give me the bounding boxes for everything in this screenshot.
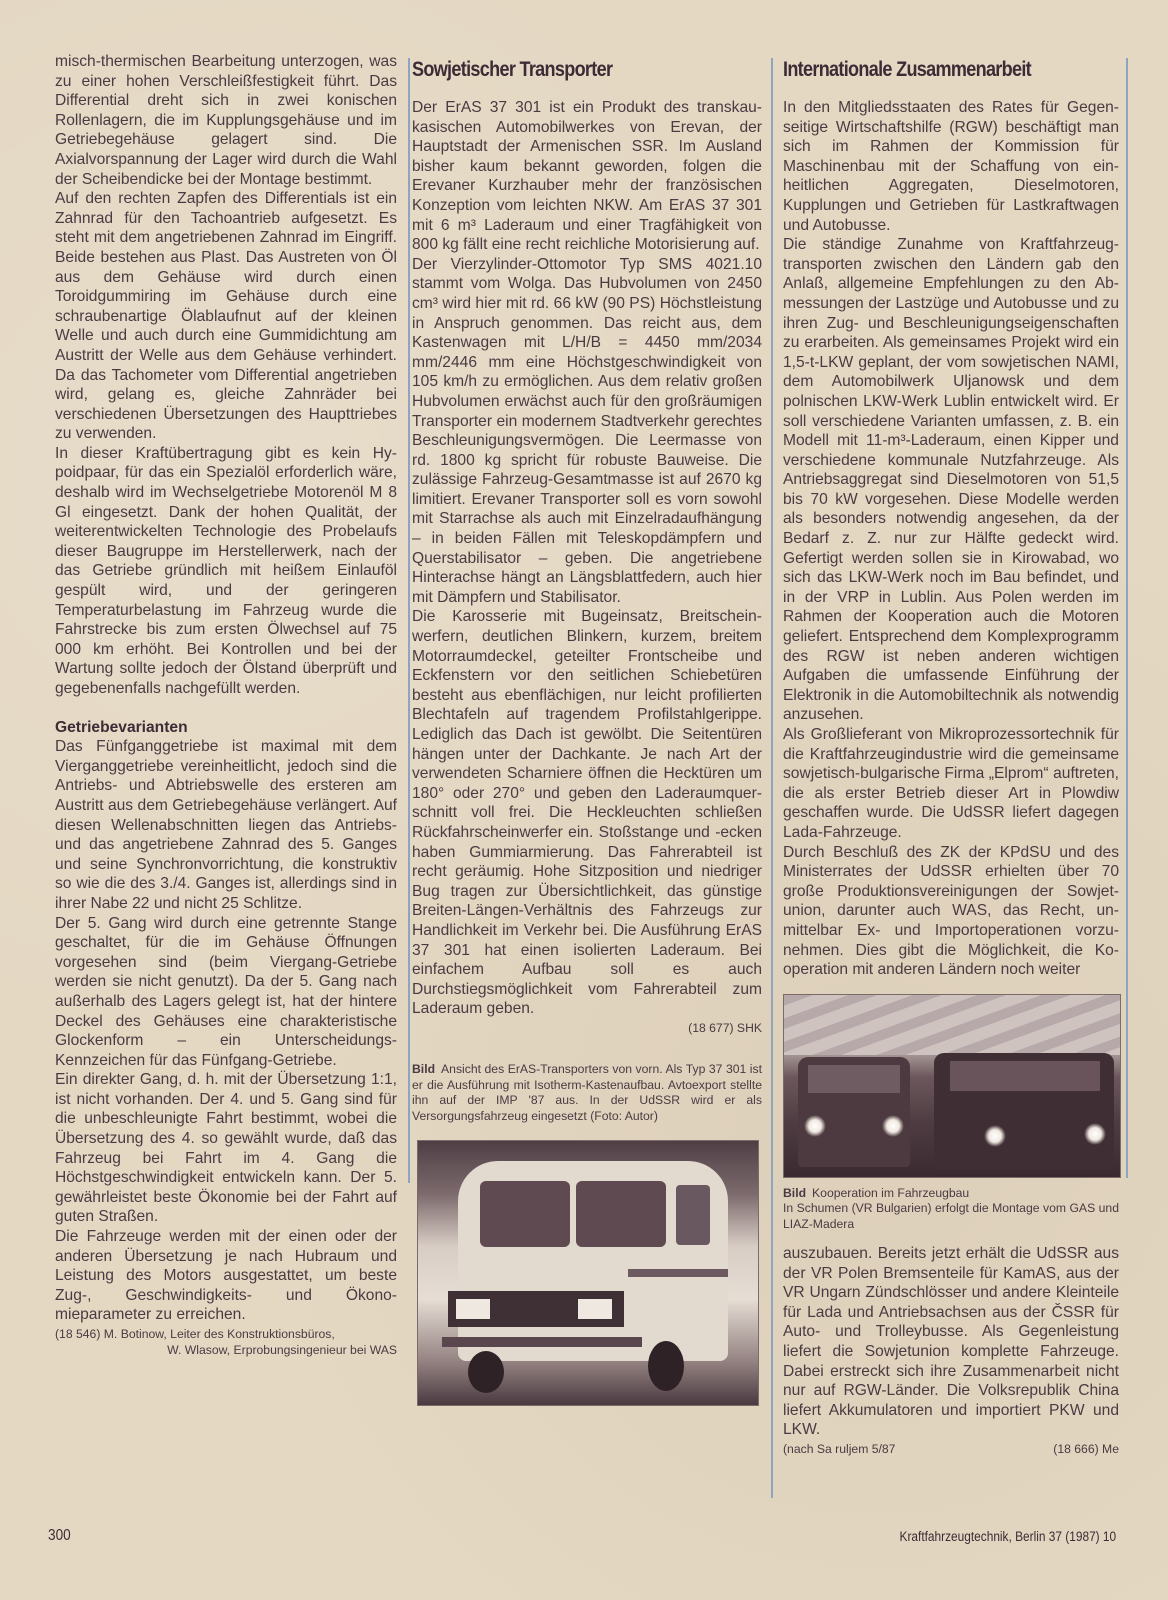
caption-text: Ansicht des ErAS-Transporters von vorn. … (412, 1062, 762, 1122)
signature-line-2: W. Wlasow, Erprobungsingenieur bei WAS (55, 1343, 397, 1359)
magazine-page: misch-thermischen Bearbeitung unterzogen… (0, 0, 1168, 1600)
column-divider-right (771, 58, 773, 1498)
paragraph: Die Karosserie mit Bugeinsatz, Breitsche… (412, 607, 762, 1018)
paragraph: Die Fahrzeuge werden mit der einen oder … (55, 1227, 397, 1325)
journal-citation: Kraftfahrzeugtechnik, Berlin 37 (1987) 1… (899, 1529, 1116, 1544)
van-photo (417, 1140, 759, 1406)
paragraph: Das Fünfganggetriebe ist maximal mit dem… (55, 737, 397, 913)
caption-title: Kooperation im Fahrzeugbau (812, 1186, 969, 1200)
van-bumper (442, 1337, 642, 1347)
page-number: 300 (48, 1527, 71, 1545)
headlight-glare (882, 1115, 904, 1137)
paragraph: Ein direkter Gang, d. h. mit der Überset… (55, 1070, 397, 1227)
photo-caption: BildKooperation im Fahrzeugbau In Schume… (783, 1186, 1119, 1232)
column-divider-left (408, 58, 410, 1183)
paragraph: Die ständige Zunahme von Kraftfahrzeug­t… (783, 235, 1119, 725)
caption-label: Bild (783, 1186, 806, 1200)
truck-window-right (950, 1061, 1100, 1091)
caption-label: Bild (412, 1062, 435, 1076)
caption-text: In Schumen (VR Bulgarien) erfolgt die Mo… (783, 1201, 1119, 1232)
paragraph: In dieser Kraftübertragung gibt es kein … (55, 444, 397, 699)
paragraph: Der 5. Gang wird durch eine getrennte St… (55, 914, 397, 1071)
factory-ceiling (784, 995, 1120, 1055)
signature-line-1: (18 546) M. Botinow, Leiter des Konstruk… (55, 1327, 335, 1341)
middle-column: Sowjetischer Transporter Der ErAS 37 301… (412, 52, 762, 1406)
truck-window-left (808, 1065, 900, 1093)
section-subheading: Getriebevarianten (55, 718, 397, 738)
van-headlight-left (456, 1299, 490, 1319)
article-source-row: (nach Sa ruljem 5/87 (18 666) Me (783, 1442, 1119, 1458)
van-headlight-right (578, 1299, 612, 1319)
right-column: Internationale Zusammenarbeit In den Mit… (783, 52, 1119, 1457)
left-column: misch-thermischen Bearbeitung unterzogen… (55, 52, 397, 1358)
author-signature: (18 546) M. Botinow, Leiter des Konstruk… (55, 1327, 397, 1358)
paragraph: In den Mitgliedsstaaten des Rates für Ge… (783, 98, 1119, 235)
van-wheel-right (648, 1341, 684, 1391)
paragraph: Auf den rechten Zapfen des Differentials… (55, 189, 397, 444)
paragraph: Als Großlieferant von Mikroprozessortech… (783, 725, 1119, 843)
column-border-right (1126, 58, 1128, 1178)
trucks-photo (783, 994, 1121, 1178)
article-reference: (18 666) Me (1053, 1442, 1119, 1458)
van-windshield-left (480, 1181, 570, 1247)
article-heading: Internationale Zusammenarbeit (783, 56, 1072, 84)
paragraph: Der ErAS 37 301 ist ein Produkt des tran… (412, 98, 762, 255)
paragraph: Der Vierzylinder-Ottomotor Typ SMS 4021.… (412, 255, 762, 608)
headlight-glare (1084, 1123, 1106, 1145)
article-heading: Sowjetischer Transporter (412, 56, 713, 84)
headlight-glare (804, 1115, 826, 1137)
paragraph: misch-thermischen Bearbeitung unterzogen… (55, 52, 397, 189)
van-windshield-right (576, 1181, 666, 1247)
headlight-glare (984, 1125, 1006, 1147)
photo-caption: BildAnsicht des ErAS-Transporters von vo… (412, 1062, 762, 1124)
van-stripe (628, 1269, 728, 1277)
van-side-window (676, 1185, 710, 1245)
article-reference: (18 677) SHK (412, 1021, 762, 1037)
van-wheel-left (468, 1351, 504, 1393)
article-source: (nach Sa ruljem 5/87 (783, 1442, 895, 1458)
paragraph: auszubauen. Bereits jetzt erhält die UdS… (783, 1244, 1119, 1440)
paragraph: Durch Beschluß des ZK der KPdSU und des … (783, 843, 1119, 980)
